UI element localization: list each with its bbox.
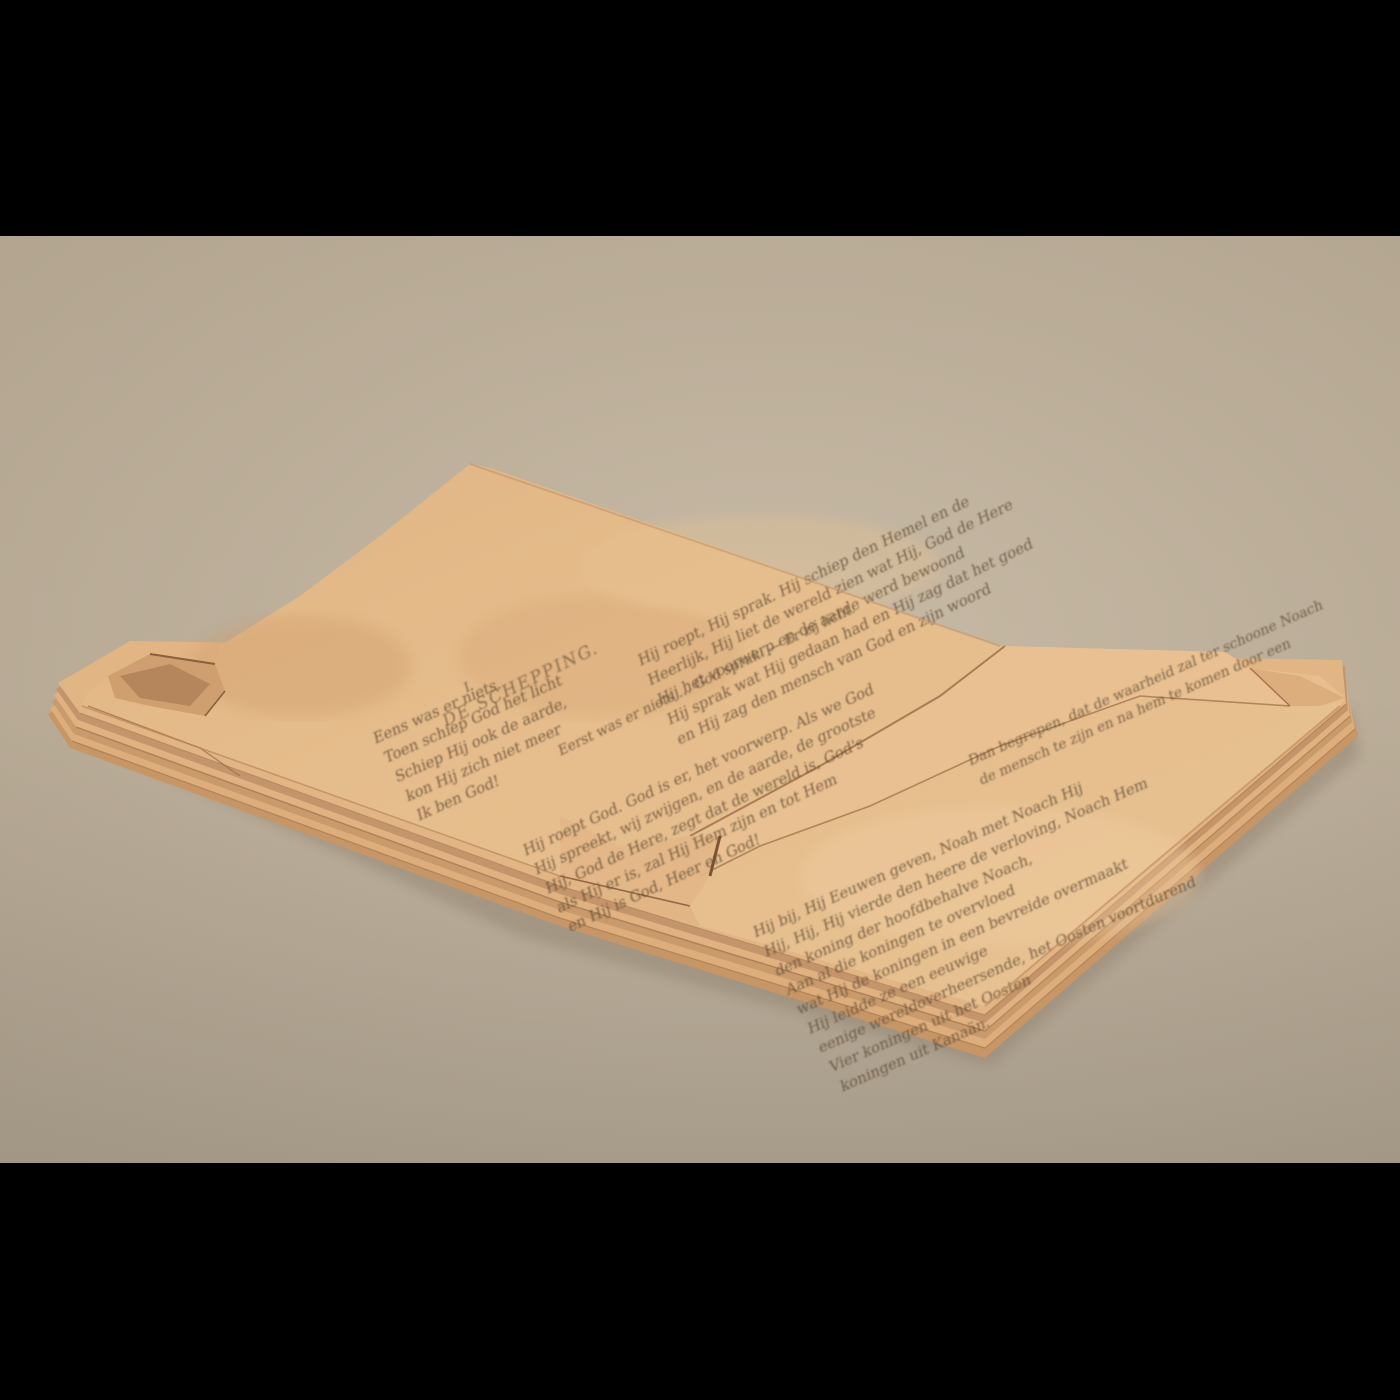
letterbox-top <box>0 0 1400 236</box>
letterbox-bottom <box>0 1163 1400 1400</box>
photograph: I. DE SCHEPPING. Eerst was er niets … Go… <box>0 236 1400 1163</box>
photo-frame: I. DE SCHEPPING. Eerst was er niets … Go… <box>0 0 1400 1400</box>
